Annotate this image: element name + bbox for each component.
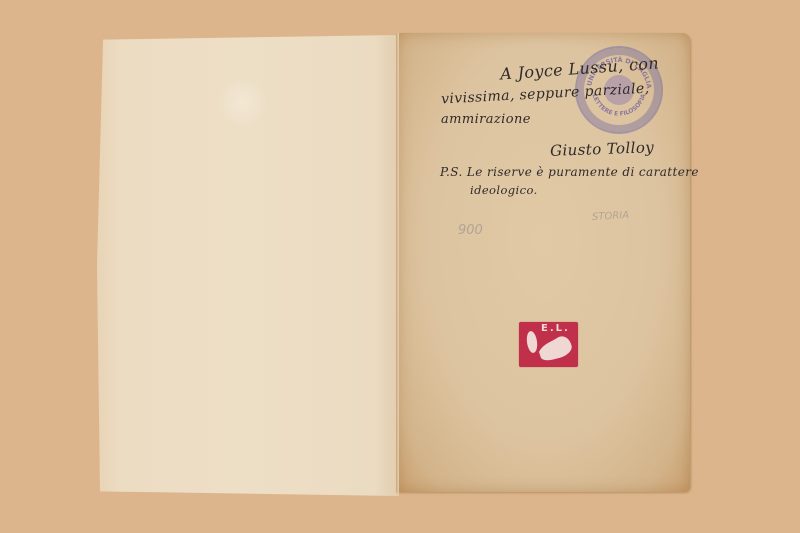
pencil-shelfmark-number: 900: [458, 223, 483, 238]
library-stamp-label: E.L.: [541, 323, 570, 334]
library-stamp-icon: E.L.: [519, 322, 578, 367]
book-spine-gutter: [396, 33, 399, 493]
left-page: [97, 35, 399, 496]
page-watermark: [217, 75, 267, 130]
book-photo: R. UNIVERSITÀ DI CAGLIARI LETTERE E FILO…: [0, 0, 800, 533]
dedication-line-3: ammirazione: [441, 112, 531, 127]
pencil-subject-note: STORIA: [592, 210, 630, 223]
dedication-signature: Giusto Tolloy: [550, 138, 655, 160]
postscript-line-1: P.S. Le riserve è puramente di carattere: [440, 165, 699, 179]
postscript-line-2: ideologico.: [470, 183, 538, 197]
